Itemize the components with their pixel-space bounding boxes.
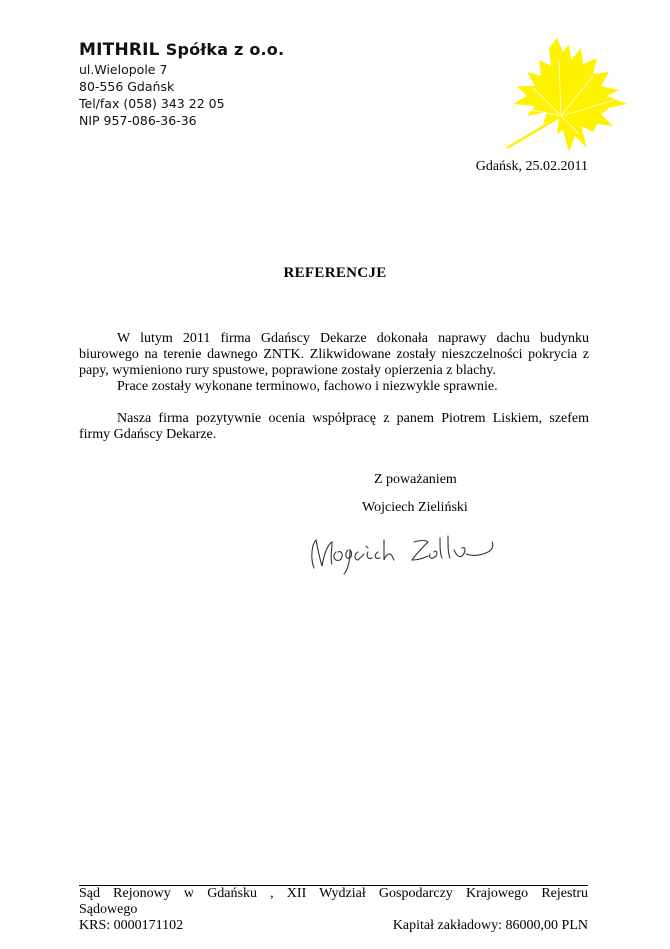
court-registration: Sąd Rejonowy w Gdańsku , XII Wydział Gos… [79, 886, 588, 918]
maple-leaf-icon [497, 30, 633, 155]
signer-name: Wojciech Zieliński [362, 500, 468, 516]
handwritten-signature-icon [302, 520, 512, 575]
footer-row: KRS: 0000171102 Kapitał zakładowy: 86000… [79, 918, 588, 934]
company-name-line: MITHRILSpółka z o.o. [79, 39, 284, 61]
greeting: Z poważaniem [374, 472, 468, 488]
letter-body: W lutym 2011 firma Gdańscy Dekarze dokon… [79, 331, 589, 443]
closing: Z poważaniem Wojciech Zieliński [362, 472, 468, 516]
krs-number: KRS: 0000171102 [79, 918, 183, 934]
tax-id: NIP 957-086-36-36 [79, 112, 284, 129]
address-city: 80-556 Gdańsk [79, 78, 284, 95]
date-line: Gdańsk, 25.02.2011 [476, 159, 588, 175]
document-title: REFERENCJE [0, 265, 670, 282]
company-suffix: Spółka z o.o. [166, 40, 285, 59]
phone: Tel/fax (058) 343 22 05 [79, 95, 284, 112]
address-street: ul.Wielopole 7 [79, 61, 284, 78]
letterhead: MITHRILSpółka z o.o. ul.Wielopole 7 80-5… [79, 39, 284, 129]
letter-page: MITHRILSpółka z o.o. ul.Wielopole 7 80-5… [0, 0, 670, 949]
footer: Sąd Rejonowy w Gdańsku , XII Wydział Gos… [79, 885, 588, 934]
paragraph: Prace zostały wykonane terminowo, fachow… [79, 379, 589, 395]
company-name: MITHRIL [79, 40, 160, 60]
paragraph: W lutym 2011 firma Gdańscy Dekarze dokon… [79, 331, 589, 379]
share-capital: Kapitał zakładowy: 86000,00 PLN [393, 918, 588, 934]
paragraph: Nasza firma pozytywnie ocenia współpracę… [79, 411, 589, 443]
